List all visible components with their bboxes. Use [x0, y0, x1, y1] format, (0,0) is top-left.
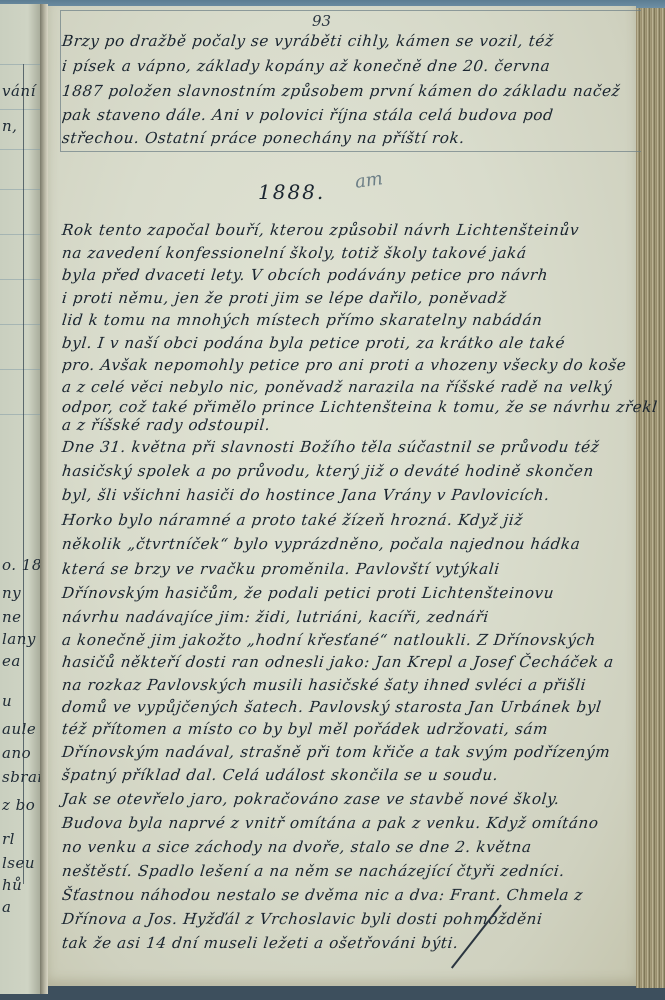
text-line: a z celé věci nebylo nic, poněvadž naraz…: [61, 378, 613, 396]
text-line: hasičů někteří dosti ran odnesli jako: J…: [61, 653, 615, 671]
text-line: Dřínova a Jos. Hyžďál z Vrchoslavic byli…: [61, 910, 543, 928]
left-fragment: sbrai: [2, 768, 40, 786]
text-line: pak staveno dále. Ani v polovici října s…: [61, 106, 554, 124]
text-line: domů ve vypůjčených šatech. Pavlovský st…: [61, 698, 602, 716]
page-stack-edge: [636, 8, 665, 988]
text-line: též přítomen a místo co by byl měl pořád…: [61, 720, 549, 738]
left-fragment: n,: [2, 117, 17, 135]
text-line: střechou. Ostatní práce ponechány na pří…: [61, 129, 466, 147]
left-fragment: lseu: [2, 854, 35, 872]
ruled-line: [0, 64, 40, 65]
text-line: no venku a sice záchody na dvoře, stalo …: [61, 838, 533, 856]
text-line: i proti němu, jen že proti jim se lépe d…: [61, 289, 507, 307]
left-fragment: aule: [2, 720, 36, 738]
previous-page-edge: vání n, o. 18 ny ne lany ea u aule ano s…: [0, 4, 40, 994]
text-line: Dne 31. května při slavnosti Božího těla…: [61, 438, 600, 456]
ruled-line: [0, 234, 40, 235]
left-fragment: ano: [2, 744, 31, 762]
left-fragment: vání: [2, 82, 36, 100]
text-line: na rozkaz Pavlovských musili hasičské ša…: [61, 676, 587, 694]
left-fragment: o. 18: [2, 556, 40, 574]
text-line: byl, šli všichni hasiči do hostince Jana…: [61, 486, 551, 504]
text-line: Šťastnou náhodou nestalo se dvěma nic a …: [61, 886, 584, 904]
text-line: která se brzy ve rvačku proměnila. Pavlo…: [61, 560, 501, 578]
text-line: neštěstí. Spadlo lešení a na něm se nach…: [61, 862, 566, 880]
left-fragment: ea: [2, 652, 21, 670]
text-line: Dřínovským nadával, strašně při tom křič…: [61, 743, 611, 761]
year-heading: 1888.: [258, 180, 325, 204]
text-line: na zavedení konfessionelní školy, totiž …: [61, 244, 528, 262]
left-fragment: lany: [2, 630, 36, 648]
text-line: odpor, což také přimělo prince Lichtenšt…: [61, 398, 659, 416]
text-line: Brzy po dražbě počaly se vyráběti cihly,…: [61, 32, 555, 50]
left-fragment: a: [2, 898, 11, 916]
left-fragment: rl: [2, 830, 15, 848]
page-number: 93: [312, 12, 331, 30]
left-fragment: ny: [2, 584, 21, 602]
left-fragment: z bo: [2, 796, 35, 814]
book-gutter: [40, 4, 48, 994]
pencil-annotation: am: [354, 168, 384, 193]
text-line: i písek a vápno, základy kopány až koneč…: [61, 57, 551, 75]
text-line: hasičský spolek a po průvodu, který již …: [61, 462, 595, 480]
text-line: Dřínovským hasičům, že podali petici pro…: [61, 584, 555, 602]
text-line: návrhu nadávajíce jim: židi, lutriáni, k…: [61, 608, 490, 626]
ruled-line: [0, 109, 40, 110]
text-line: špatný příklad dal. Celá událost skončil…: [61, 766, 499, 784]
text-line: Budova byla naprvé z vnitř omítána a pak…: [61, 814, 600, 832]
text-line: pro. Avšak nepomohly petice pro ani prot…: [61, 356, 627, 374]
text-line: byl. I v naší obci podána byla petice pr…: [61, 334, 566, 352]
text-line: a konečně jim jakožto „hodní křesťané“ n…: [61, 631, 597, 649]
ruled-line: [0, 149, 40, 150]
text-line: tak že asi 14 dní museli ležeti a ošetřo…: [61, 934, 459, 952]
left-fragment: ne: [2, 608, 22, 626]
ruled-line: [0, 369, 40, 370]
ruled-line: [0, 279, 40, 280]
text-line: 1887 položen slavnostním způsobem první …: [61, 82, 621, 100]
text-line: lid k tomu na mnohých místech přímo skar…: [61, 311, 543, 329]
left-fragment: hů: [2, 876, 22, 894]
text-line: Jak se otevřelo jaro, pokračováno zase v…: [61, 790, 561, 808]
ruled-line: [0, 414, 40, 415]
text-line: několik „čtvrtníček“ bylo vyprázdněno, p…: [61, 535, 581, 553]
text-line: Rok tento započal bouří, kterou způsobil…: [61, 221, 580, 239]
text-line: a z říšské rady odstoupil.: [61, 416, 271, 434]
text-line: Horko bylo náramné a proto také žízeň hr…: [61, 511, 524, 529]
left-fragment: u: [2, 692, 12, 710]
ruled-line: [0, 189, 40, 190]
ruled-line: [0, 324, 40, 325]
text-line: byla před dvaceti lety. V obcích podáván…: [61, 266, 549, 284]
